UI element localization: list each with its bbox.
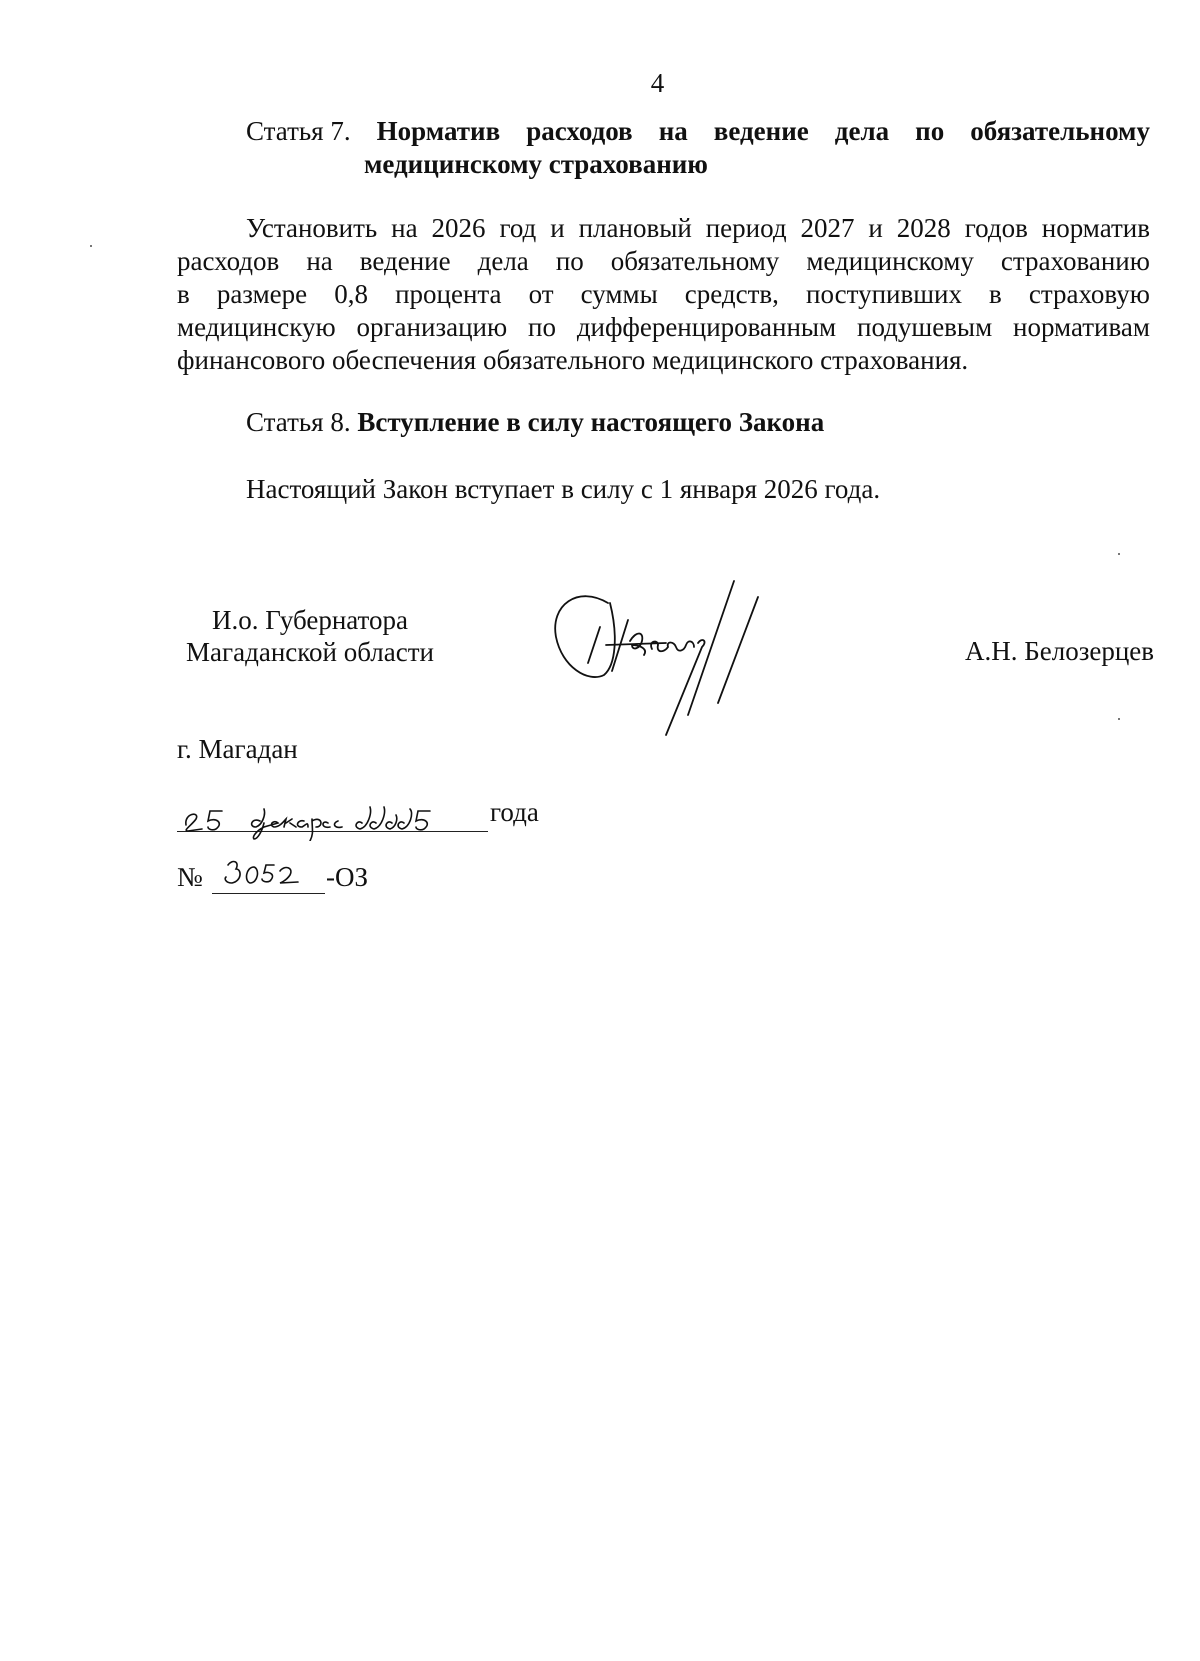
signatory-title-line-2: Магаданской области: [180, 636, 440, 668]
word: и: [550, 212, 564, 245]
handwritten-date-icon: [182, 793, 482, 841]
word: процента: [395, 278, 501, 311]
body-line-4: медицинскую организацию по дифференциров…: [177, 311, 1150, 344]
word: финансового обеспечения обязательного ме…: [177, 344, 968, 377]
signature-icon: [548, 575, 808, 755]
article-7-title-word: на: [659, 115, 688, 148]
word: организацию: [356, 311, 507, 344]
article-7-heading-line-2: медицинскому страхованию: [246, 148, 1150, 181]
word: период: [706, 212, 787, 245]
word: размере: [217, 278, 307, 311]
word: обязательному: [611, 245, 780, 278]
signatory-title: И.о. Губернатора Магаданской области: [180, 604, 440, 668]
word: суммы: [581, 278, 658, 311]
word: норматив: [1042, 212, 1150, 245]
handwritten-number-icon: [218, 855, 308, 893]
word: ведение: [360, 245, 451, 278]
scan-speck: [90, 245, 92, 247]
article-8-title: Вступление в силу настоящего Закона: [357, 407, 824, 437]
word: дифференцированным: [577, 311, 836, 344]
article-7-title-word: расходов: [526, 115, 632, 148]
body-line-5: финансового обеспечения обязательного ме…: [177, 344, 1150, 377]
word: от: [529, 278, 554, 311]
word: по: [528, 311, 556, 344]
article-7-title-word: дела: [835, 115, 889, 148]
article-7-title-word: по: [915, 115, 944, 148]
scan-speck: [1118, 553, 1120, 555]
word: расходов: [177, 245, 279, 278]
article-7-title-word: обязательному: [970, 115, 1150, 148]
word: средств,: [685, 278, 779, 311]
article-8-heading: Статья 8. Вступление в силу настоящего З…: [246, 407, 824, 438]
number-suffix: -ОЗ: [326, 862, 368, 893]
word: в: [989, 278, 1002, 311]
word: нормативам: [1013, 311, 1150, 344]
word: страховую: [1029, 278, 1150, 311]
word: в: [177, 278, 190, 311]
word: Установить: [246, 212, 377, 245]
article-7-title-word: Норматив: [377, 115, 501, 148]
word: год: [499, 212, 536, 245]
scan-speck: [1118, 718, 1120, 720]
number-sign: №: [177, 862, 203, 893]
page-number: 4: [0, 68, 1200, 99]
word: 2027: [801, 212, 855, 245]
word: поступивших: [806, 278, 962, 311]
body-line-1: Установить на 2026 год и плановый период…: [177, 212, 1150, 245]
word: 2028: [897, 212, 951, 245]
word: медицинскому: [806, 245, 974, 278]
article-7-prefix: Статья 7.: [246, 115, 351, 148]
date-suffix: года: [490, 797, 539, 828]
article-7-body: Установить на 2026 год и плановый период…: [177, 212, 1150, 377]
word: годов: [965, 212, 1028, 245]
word: страхованию: [1001, 245, 1150, 278]
word: и: [868, 212, 882, 245]
word: плановый: [579, 212, 692, 245]
word: дела: [478, 245, 529, 278]
word: 2026: [432, 212, 486, 245]
word: подушевым: [857, 311, 992, 344]
word: на: [306, 245, 332, 278]
body-line-3: в размере 0,8 процента от суммы средств,…: [177, 278, 1150, 311]
article-7-heading-line-1: Статья 7. Норматив расходов на ведение д…: [246, 115, 1150, 148]
city: г. Магадан: [177, 734, 298, 765]
signatory-title-line-1: И.о. Губернатора: [180, 604, 440, 636]
word: 0,8: [334, 278, 368, 311]
word: по: [556, 245, 584, 278]
article-8-body: Настоящий Закон вступает в силу с 1 янва…: [246, 474, 880, 505]
article-8-prefix: Статья 8.: [246, 407, 351, 437]
word: на: [391, 212, 417, 245]
body-line-2: расходов на ведение дела по обязательном…: [177, 245, 1150, 278]
word: медицинскую: [177, 311, 336, 344]
signatory-name: А.Н. Белозерцев: [965, 636, 1154, 667]
article-7-title-word: ведение: [714, 115, 809, 148]
article-7-heading: Статья 7. Норматив расходов на ведение д…: [246, 115, 1150, 181]
